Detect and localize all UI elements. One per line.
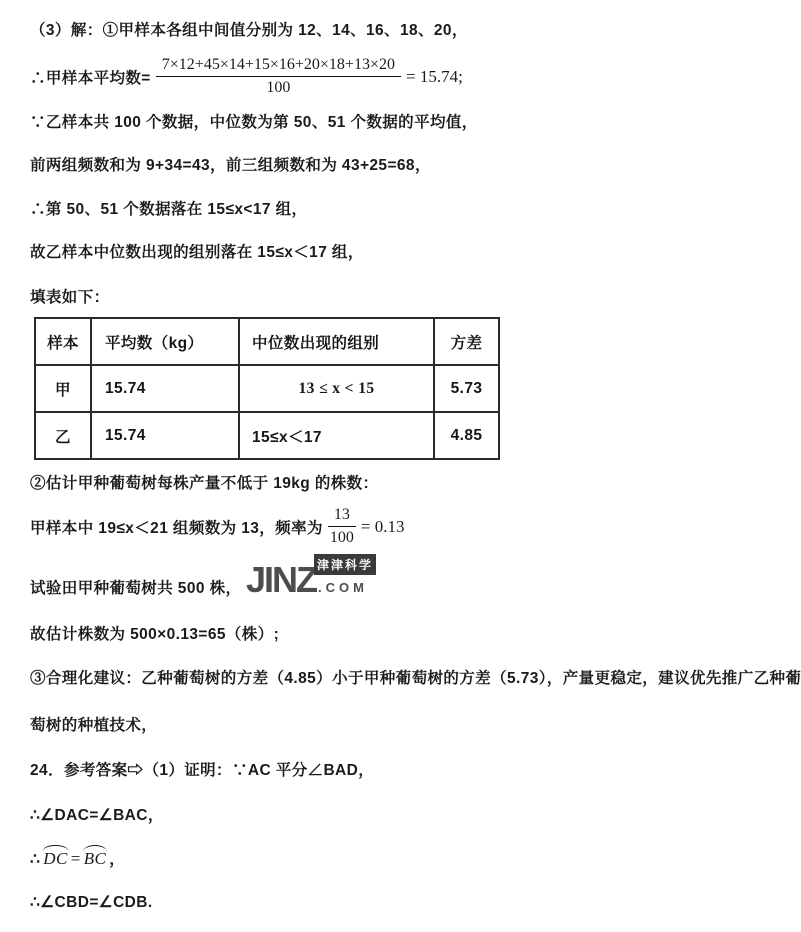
frequency-formula-prefix: 甲样本中 19≤x＜21 组频数为 13，频率为 [30, 516, 323, 538]
header-variance: 方差 [434, 318, 499, 365]
answer24-intro-line: 24．参考答案⇨（1）证明：∵AC 平分∠BAD， [30, 758, 374, 780]
header-sample: 样本 [35, 318, 91, 365]
fill-table-line: 填表如下： [30, 285, 110, 307]
frequency-formula-fraction: 13 100 [328, 505, 356, 548]
arc-eq-comma: ， [109, 851, 125, 868]
frequency-formula-numerator: 13 [328, 505, 356, 527]
cell-median-jia: 13 ≤ x < 15 [239, 365, 434, 412]
watermark-logo: JINZ 津津科学 .COM [246, 551, 396, 609]
arc-bc: BC [83, 849, 108, 869]
arc-dc: DC [42, 849, 68, 869]
arc-equation-line: ∴DC=BC， [30, 847, 125, 869]
table-header-row: 样本 平均数（kg） 中位数出现的组别 方差 [35, 318, 499, 365]
mean-formula-fraction: 7×12+45×14+15×16+20×18+13×20 100 [156, 55, 401, 98]
cell-median-yi: 15≤x＜17 [239, 412, 434, 459]
part3-line-a: ③合理化建议：乙种葡萄树的方差（4.85）小于甲种葡萄树的方差（5.73），产量… [30, 666, 801, 688]
cell-variance-yi: 4.85 [434, 412, 499, 459]
frequency-formula-result: = 0.13 [361, 517, 405, 537]
header-median-group: 中位数出现的组别 [239, 318, 434, 365]
field-line: 试验田甲种葡萄树共 500 株， [30, 576, 241, 598]
frequency-formula-denominator: 100 [328, 527, 356, 548]
document-page: （3）解：①甲样本各组中间值分别为 12、14、16、18、20， ∴甲样本平均… [0, 0, 801, 932]
solution3-intro-line: （3）解：①甲样本各组中间值分别为 12、14、16、18、20， [30, 18, 468, 40]
mean-formula: ∴甲样本平均数= 7×12+45×14+15×16+20×18+13×20 10… [30, 55, 463, 98]
cell-variance-jia: 5.73 [434, 365, 499, 412]
cell-sample-jia: 甲 [35, 365, 91, 412]
cell-sample-yi: 乙 [35, 412, 91, 459]
watermark-com-text: .COM [318, 580, 368, 595]
statistics-table: 样本 平均数（kg） 中位数出现的组别 方差 甲 15.74 13 ≤ x < … [34, 317, 500, 460]
part2-line: ②估计甲种葡萄树每株产量不低于 19kg 的株数： [30, 471, 378, 493]
table-row: 乙 15.74 15≤x＜17 4.85 [35, 412, 499, 459]
frequency-formula: 甲样本中 19≤x＜21 组频数为 13，频率为 13 100 = 0.13 [30, 505, 404, 548]
median-intro-line: ∵乙样本共 100 个数据，中位数为第 50、51 个数据的平均值， [30, 110, 478, 132]
cell-mean-yi: 15.74 [91, 412, 239, 459]
mean-formula-numerator: 7×12+45×14+15×16+20×18+13×20 [156, 55, 401, 77]
angle-cbd-line: ∴∠CBD=∠CDB. [30, 893, 153, 912]
arc-eq-therefore: ∴ [30, 851, 40, 868]
mean-formula-denominator: 100 [156, 77, 401, 98]
estimate-line: 故估计株数为 500×0.13=65（株）; [30, 622, 279, 644]
table-row: 甲 15.74 13 ≤ x < 15 5.73 [35, 365, 499, 412]
watermark-brand-text: JINZ [246, 562, 316, 598]
mean-formula-result: = 15.74; [406, 67, 463, 87]
angle-dac-line: ∴∠DAC=∠BAC， [30, 803, 164, 825]
header-mean: 平均数（kg） [91, 318, 239, 365]
fall-group-line: ∴第 50、51 个数据落在 15≤x<17 组， [30, 197, 307, 219]
mean-formula-prefix: ∴甲样本平均数= [30, 66, 151, 88]
cell-mean-jia: 15.74 [91, 365, 239, 412]
freq-sums-line: 前两组频数和为 9+34=43，前三组频数和为 43+25=68， [30, 153, 431, 175]
part3-line-b: 萄树的种植技术， [30, 713, 157, 735]
watermark-cn-badge: 津津科学 [314, 554, 376, 575]
arc-eq-equals: = [71, 849, 81, 868]
median-group-line: 故乙样本中位数出现的组别落在 15≤x＜17 组， [30, 240, 364, 262]
